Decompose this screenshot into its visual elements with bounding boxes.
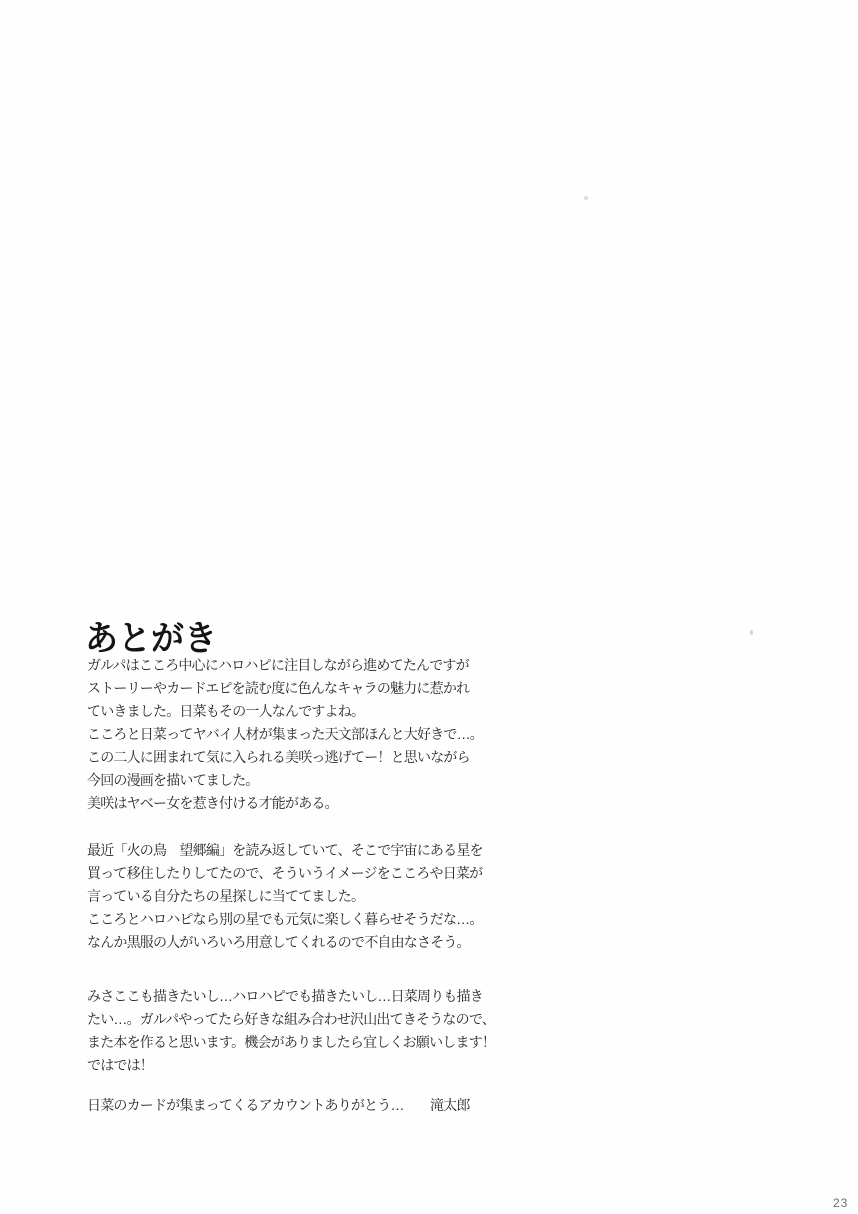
afterword-paragraph-1: ガルパはこころ中心にハロハピに注目しながら進めてたんですが ストーリーやカードエ… xyxy=(87,654,517,815)
afterword-paragraph-2: 最近「火の鳥 望郷編」を読み返していて、そこで宇宙にある星を 買って移住したりし… xyxy=(87,839,517,954)
afterword-paragraph-3: みさここも描きたいし…ハロハピでも描きたいし…日菜周りも描き たい…。ガルパやっ… xyxy=(87,985,517,1077)
afterword-page: あとがき ガルパはこころ中心にハロハピに注目しながら進めてたんですが ストーリー… xyxy=(0,0,858,1214)
scan-speck xyxy=(584,196,588,200)
page-number: 23 xyxy=(833,1196,848,1210)
credit-line: 日菜のカードが集まってくるアカウントありがとう… 滝太郎 xyxy=(87,1095,470,1115)
scan-speck xyxy=(750,630,753,635)
